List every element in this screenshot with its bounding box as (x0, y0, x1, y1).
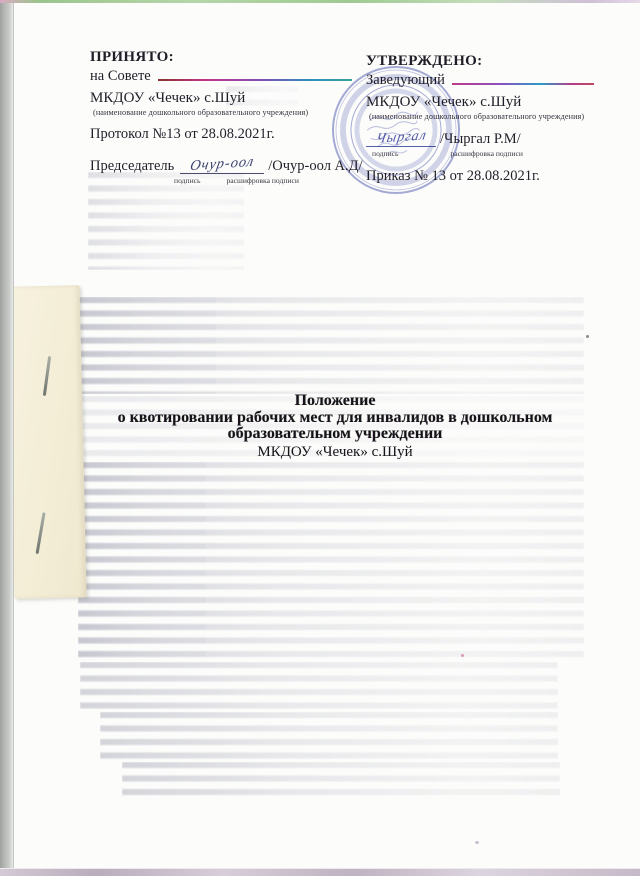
dust-speck (586, 335, 589, 338)
bleed-through-text (78, 462, 206, 660)
org-name-left: МКДОУ «Чечек» с.Шуй (90, 90, 352, 107)
blank-underline (452, 83, 594, 85)
bleed-through-text (122, 762, 560, 800)
bleed-through-text (80, 662, 558, 709)
title-line-4: МКДОУ «Чечек» с.Шуй (55, 444, 615, 461)
handwritten-signature-left: Очур-оол (189, 154, 256, 176)
staple-mark (36, 512, 46, 554)
document-title-block: Положение о квотировании рабочих мест дл… (55, 393, 615, 461)
scan-edge-top (0, 0, 640, 3)
scan-edge-bottom (0, 868, 640, 876)
protocol-line: Протокол №13 от 28.08.2021г. (90, 126, 352, 143)
title-line-1: Положение (55, 393, 615, 410)
official-round-stamp (317, 51, 475, 209)
dust-speck (475, 841, 479, 844)
accepted-block: ПРИНЯТО: на Совете МКДОУ «Чечек» с.Шуй (… (90, 49, 352, 185)
accepted-by-label: на Совете (90, 68, 151, 85)
staple-mark (43, 356, 51, 396)
accepted-heading: ПРИНЯТО: (90, 49, 352, 66)
decryption-caption-left: расшифровка подписи (226, 176, 298, 185)
paper-strip-edge (7, 285, 86, 599)
chairman-signature: Очур-оол (180, 156, 264, 174)
org-caption-left: (наименование дошкольного образовательно… (93, 108, 352, 117)
bleed-through-text (88, 172, 244, 270)
bleed-through-text (100, 712, 558, 761)
signature-caption-left: подпись (174, 176, 200, 185)
scan-edge-left (0, 0, 14, 876)
title-line-2: о квотировании рабочих мест для инвалидо… (55, 410, 615, 427)
scanned-document-page: ПРИНЯТО: на Совете МКДОУ «Чечек» с.Шуй (… (0, 0, 640, 876)
dust-speck (461, 654, 464, 657)
chairman-label: Председатель (90, 158, 174, 175)
title-line-3: образовательном учреждении (55, 426, 615, 443)
bleed-through-text (78, 297, 216, 394)
